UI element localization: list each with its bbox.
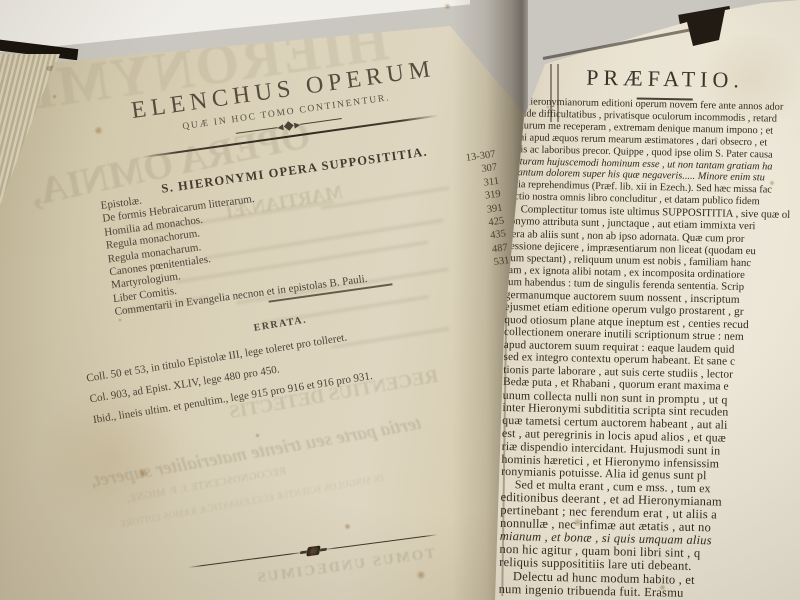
open-book-photo: HIERONYMI OPERA OMNIA, MARTIANÆI RECENTI… (0, 0, 800, 600)
preface-text-column: Hieronymianorum editioni operum novem fe… (499, 96, 800, 600)
praefatio-heading: PRÆFATIO. (550, 64, 781, 102)
right-page: PRÆFATIO. Hieronymianorum editioni operu… (495, 0, 800, 600)
praefatio-title: PRÆFATIO. (550, 64, 780, 94)
